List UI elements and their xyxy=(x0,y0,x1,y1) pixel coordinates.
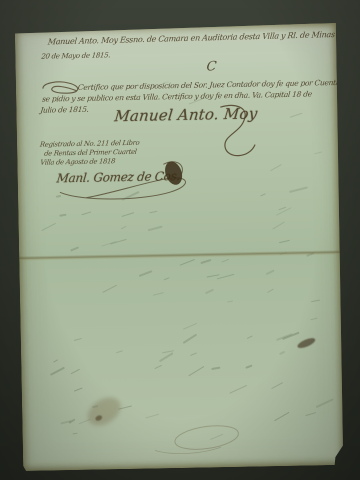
bleed-stroke xyxy=(101,241,116,247)
bleed-stroke xyxy=(116,350,123,353)
bleed-stroke xyxy=(183,323,197,330)
bleed-stroke xyxy=(316,398,334,407)
dark-ink-smear xyxy=(296,336,316,350)
bleed-stroke xyxy=(271,382,283,389)
bleed-stroke xyxy=(189,366,205,376)
registration-line-2: de Rentas del Primer Cuartel xyxy=(44,148,137,158)
bleed-stroke xyxy=(266,269,275,274)
bleedthrough-flourish-icon xyxy=(150,421,243,459)
bleed-stroke xyxy=(230,385,247,394)
bleed-stroke xyxy=(205,288,214,293)
bleed-stroke xyxy=(221,258,229,262)
bleed-stroke xyxy=(73,432,78,434)
bleed-stroke xyxy=(191,353,198,357)
document-page: Manuel Anto. Moy Essno. de Camara en Aud… xyxy=(15,23,345,471)
bleed-stroke xyxy=(41,223,56,231)
bleed-stroke xyxy=(311,317,318,320)
bleed-stroke xyxy=(267,289,274,294)
bleed-stroke xyxy=(146,414,160,419)
bleedthrough-writing xyxy=(15,23,337,29)
bleed-stroke xyxy=(164,277,170,280)
bleed-stroke xyxy=(53,359,58,362)
bleed-stroke xyxy=(289,186,308,192)
bleed-stroke xyxy=(73,337,81,340)
bleed-stroke xyxy=(314,151,322,154)
bleed-stroke xyxy=(245,364,252,368)
bleed-stroke xyxy=(71,246,80,251)
marginal-mark: C xyxy=(206,59,217,74)
signature-flourish-icon xyxy=(214,100,261,163)
ink-smudge-stain xyxy=(83,392,126,432)
bleed-stroke xyxy=(149,210,157,213)
bleed-stroke xyxy=(81,212,91,216)
bleed-stroke xyxy=(122,212,135,217)
bleed-stroke xyxy=(70,369,79,374)
bleed-stroke xyxy=(102,284,116,292)
bleed-stroke xyxy=(260,193,266,196)
header-line-2: 20 de Mayo de 1815. xyxy=(41,51,111,60)
bleed-stroke xyxy=(305,411,316,415)
bleed-stroke xyxy=(153,292,164,296)
bleed-stroke xyxy=(270,164,282,171)
bleed-stroke xyxy=(59,214,66,217)
bleed-stroke xyxy=(311,300,320,303)
bleed-stroke xyxy=(155,365,163,369)
bleed-stroke xyxy=(49,366,63,375)
photo-background: Manuel Anto. Moy Essno. de Camara en Aud… xyxy=(0,0,360,480)
bleed-stroke xyxy=(159,353,173,363)
bleed-stroke xyxy=(183,334,197,344)
bleed-stroke xyxy=(74,388,83,392)
bleed-stroke xyxy=(179,259,194,266)
bleed-stroke xyxy=(247,335,253,339)
bleed-stroke xyxy=(138,271,151,277)
bleed-stroke xyxy=(273,221,285,229)
bleed-stroke xyxy=(279,351,285,355)
bleed-stroke xyxy=(200,259,211,264)
bleed-stroke xyxy=(290,113,303,118)
bleed-stroke xyxy=(275,412,290,421)
bleed-stroke xyxy=(211,366,220,369)
bleed-stroke xyxy=(227,301,233,303)
bleed-stroke xyxy=(279,240,290,244)
bleed-stroke xyxy=(148,226,162,231)
fold-crease xyxy=(19,250,341,261)
certification-line-3: Julio de 1815. xyxy=(40,105,89,115)
bleed-stroke xyxy=(121,225,127,229)
header-line-1: Manuel Anto. Moy Essno. de Camara en Aud… xyxy=(47,30,335,47)
